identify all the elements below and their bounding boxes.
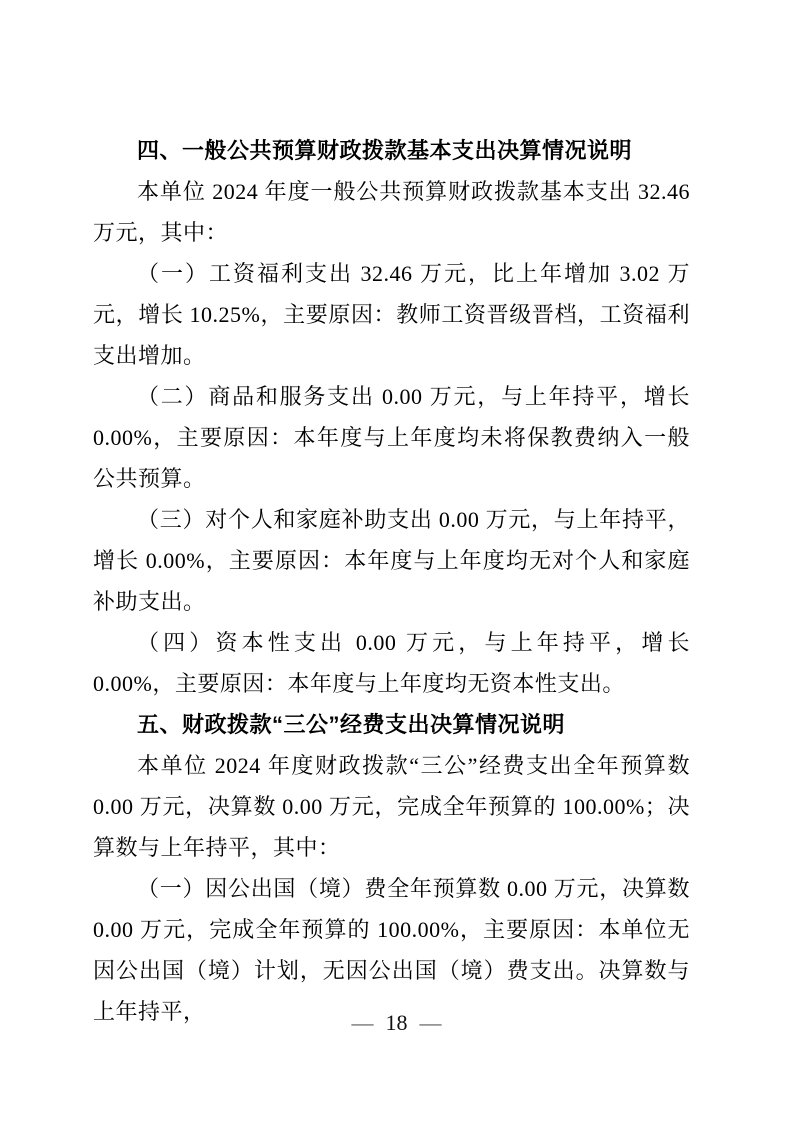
document-page: 四、一般公共预算财政拨款基本支出决算情况说明 本单位 2024 年度一般公共预算…	[0, 0, 793, 1122]
heading-section-five: 五、财政拨款“三公”经费支出决算情况说明	[93, 704, 690, 745]
page-number: 18	[386, 1010, 408, 1035]
footer-dash-left: —	[352, 1010, 374, 1035]
para-basic-expenditure-overview: 本单位 2024 年度一般公共预算财政拨款基本支出 32.46 万元，其中：	[93, 171, 690, 253]
para-item-1-wage-welfare: （一）工资福利支出 32.46 万元，比上年增加 3.02 万元，增长 10.2…	[93, 253, 690, 376]
document-content: 四、一般公共预算财政拨款基本支出决算情况说明 本单位 2024 年度一般公共预算…	[93, 130, 690, 1032]
heading-section-four: 四、一般公共预算财政拨款基本支出决算情况说明	[93, 130, 690, 171]
para-item-2-goods-services: （二）商品和服务支出 0.00 万元，与上年持平，增长 0.00%，主要原因：本…	[93, 376, 690, 499]
page-footer: —18—	[0, 1008, 793, 1038]
para-item-3-individual-family-subsidy: （三）对个人和家庭补助支出 0.00 万元，与上年持平，增长 0.00%，主要原…	[93, 499, 690, 622]
footer-dash-right: —	[420, 1010, 442, 1035]
para-item-4-capital-expenditure: （四）资本性支出 0.00 万元，与上年持平，增长 0.00%，主要原因：本年度…	[93, 622, 690, 704]
para-three-public-funds-overview: 本单位 2024 年度财政拨款“三公”经费支出全年预算数 0.00 万元，决算数…	[93, 745, 690, 868]
